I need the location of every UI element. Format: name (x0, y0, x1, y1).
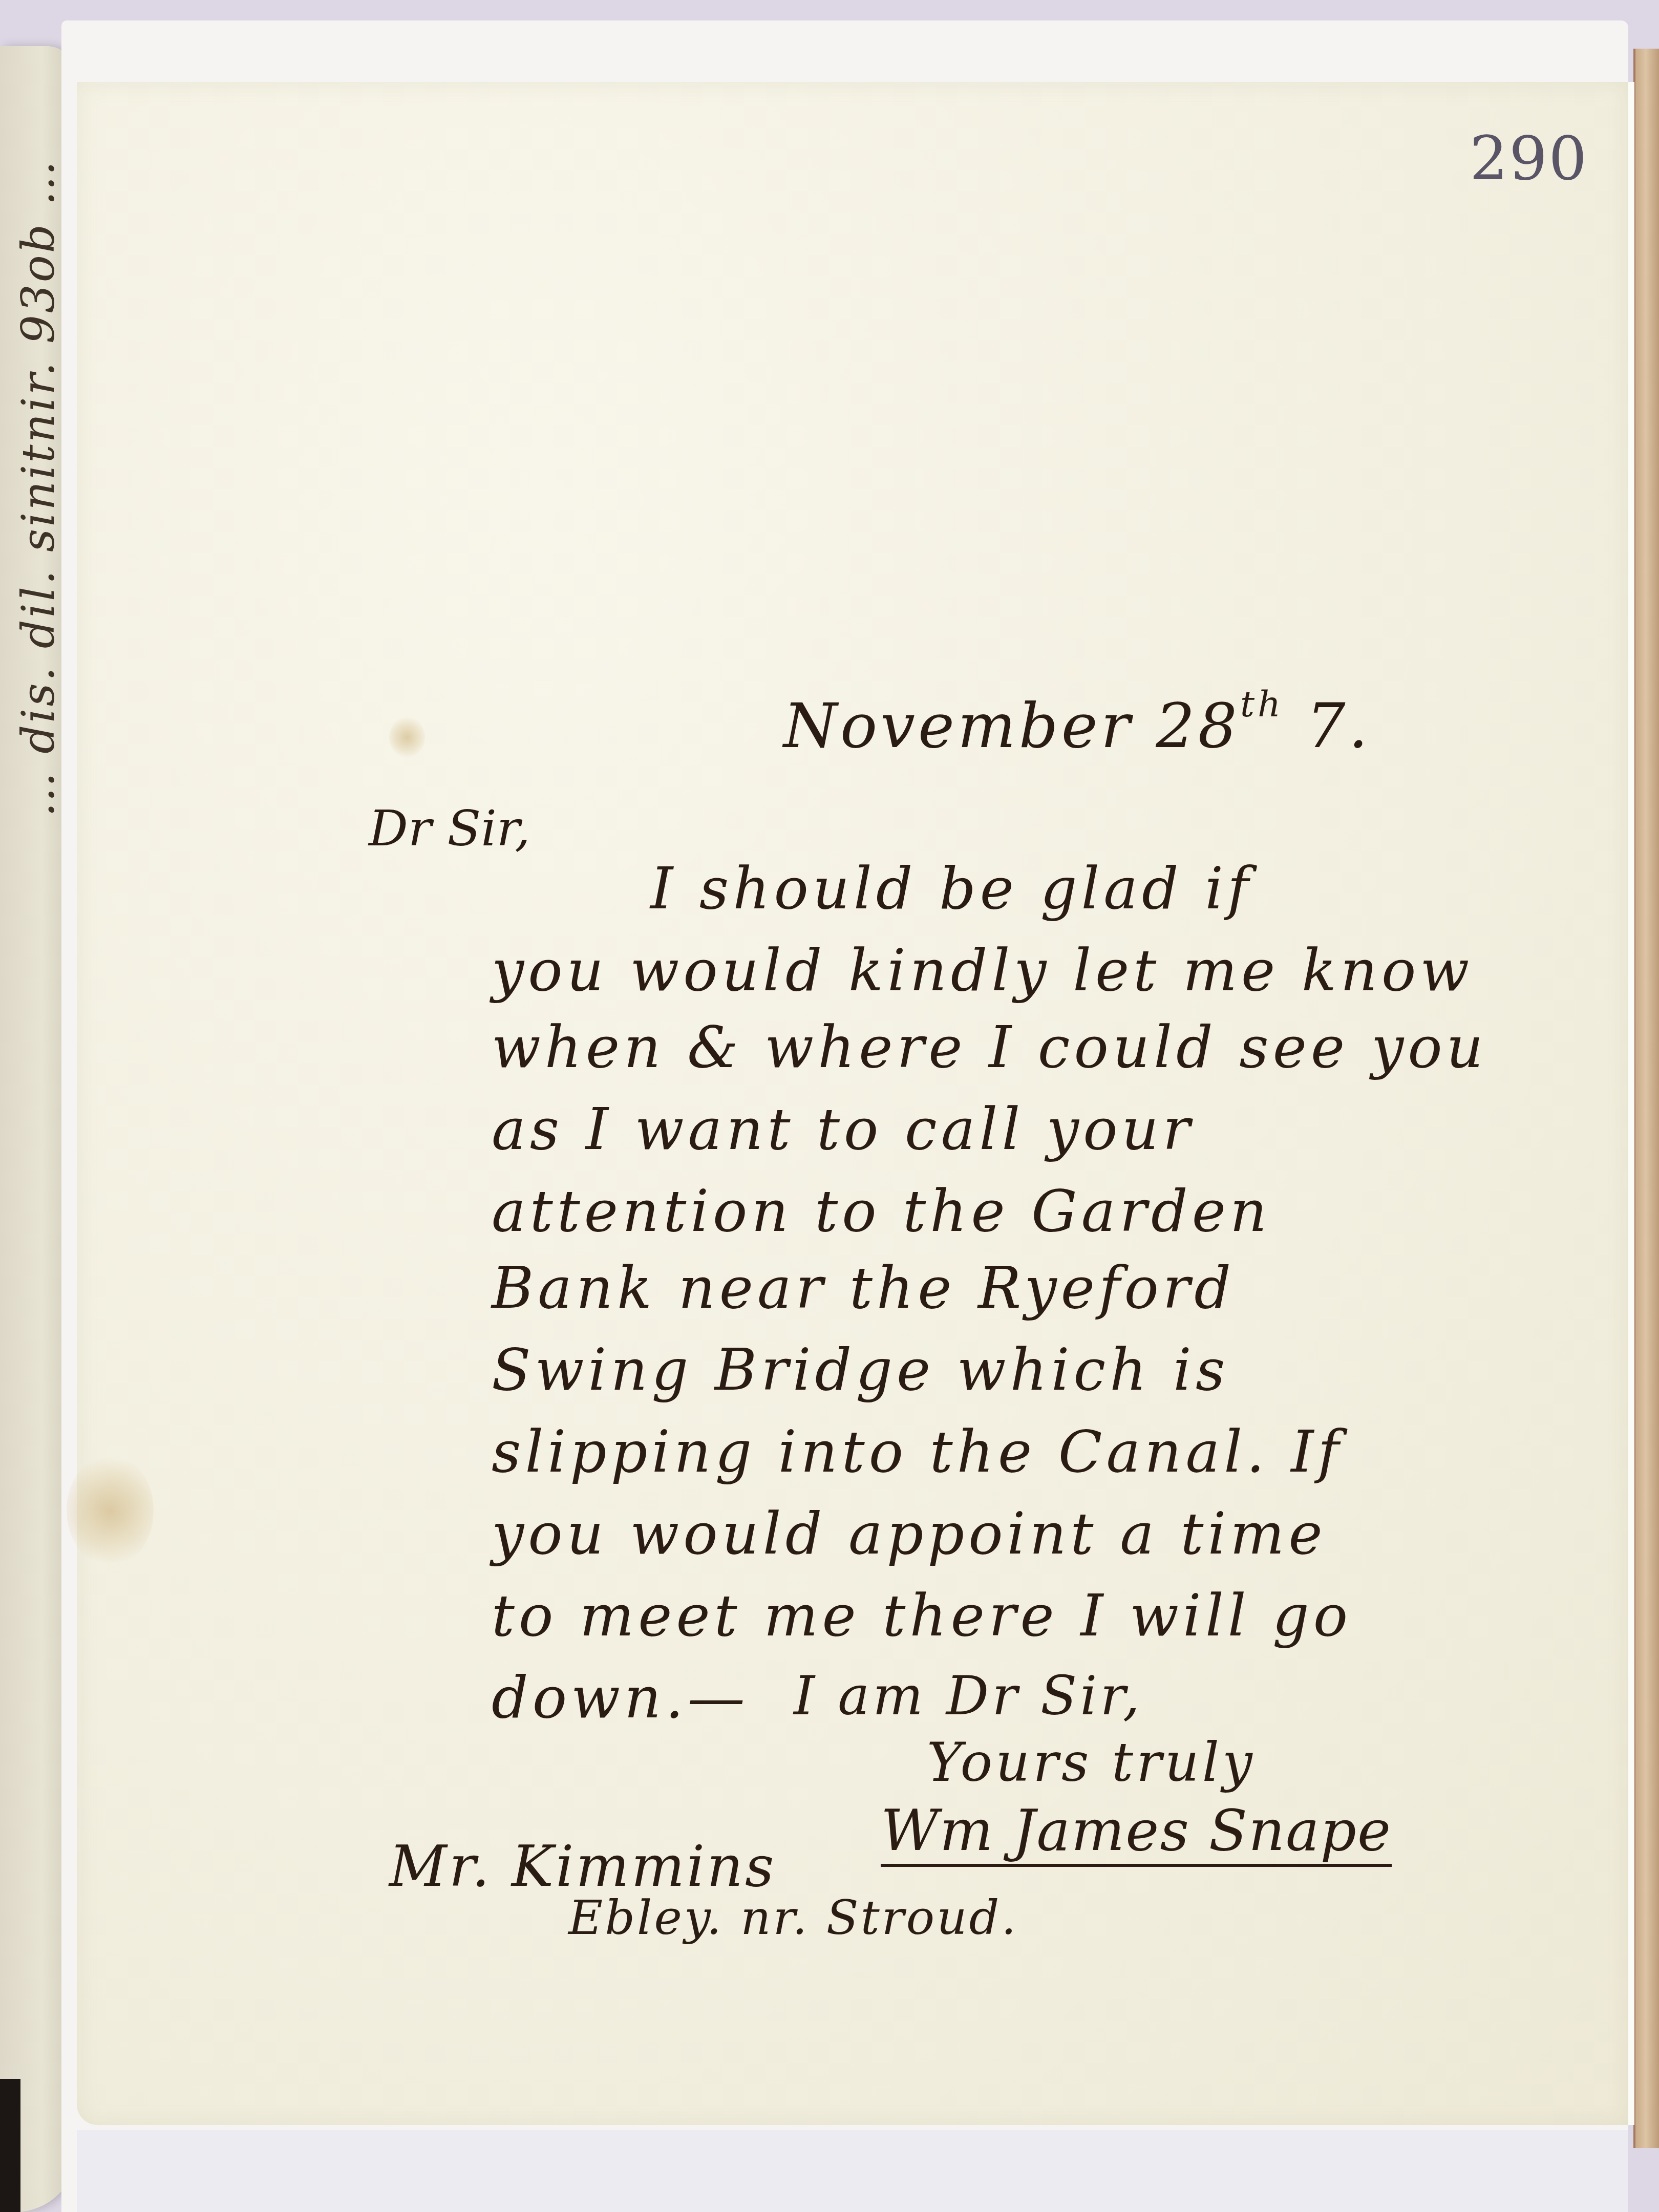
closing-line: I am Dr Sir, (794, 1669, 1143, 1722)
date-ordinal: th (1240, 683, 1284, 725)
addressee-place: Ebley. nr. Stroud. (568, 1895, 1018, 1942)
closing-valediction: Yours truly (927, 1736, 1256, 1789)
date-suffix: 7. (1306, 691, 1371, 762)
salutation: Dr Sir, (369, 804, 530, 853)
body-line: attention to the Garden (492, 1183, 1271, 1240)
body-line: Swing Bridge which is (492, 1342, 1229, 1399)
facing-page-reversed-text: … dis. dil. sinitnir. 93ob … (10, 159, 67, 817)
body-line: you would appoint a time (492, 1505, 1327, 1563)
body-line: Bank near the Ryeford (492, 1260, 1235, 1317)
addressee-name: Mr. Kimmins (389, 1838, 776, 1895)
letter-date: November 28th 7. (783, 686, 1371, 757)
signature: Wm James Snape (881, 1802, 1392, 1867)
binding-shadow (0, 2079, 20, 2212)
body-line: you would kindly let me know (492, 942, 1473, 999)
body-line: down.— (492, 1669, 749, 1727)
body-line: to meet me there I will go (492, 1587, 1352, 1645)
body-line: when & where I could see you (492, 1019, 1487, 1076)
right-page-edge (1633, 49, 1659, 2148)
foxing-stain (389, 717, 425, 758)
body-line: I should be glad if (650, 860, 1253, 918)
water-stain (67, 1454, 154, 1567)
mount-sheet-lower (77, 2130, 1628, 2212)
body-line: slipping into the Canal. If (492, 1423, 1343, 1481)
body-line: as I want to call your (492, 1101, 1194, 1158)
date-text: November 28 (783, 691, 1240, 762)
folio-number: 290 (1470, 123, 1588, 194)
